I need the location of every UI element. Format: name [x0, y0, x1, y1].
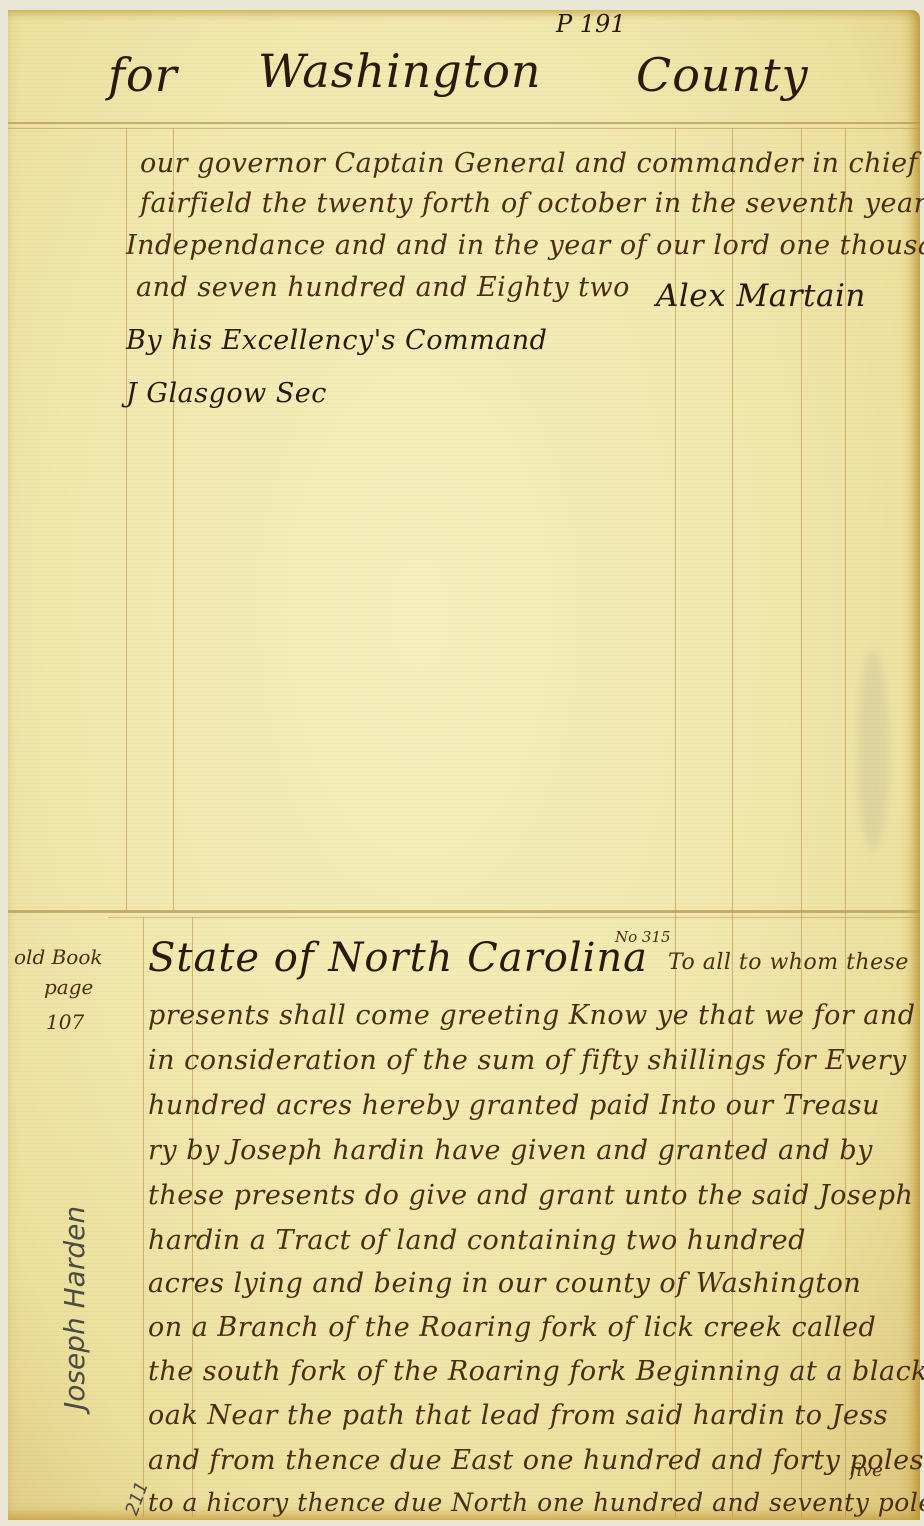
- grant-line: and from thence due East one hundred and…: [148, 1445, 924, 1476]
- secretary-signature: J Glasgow Sec: [126, 378, 327, 409]
- bleed-through-mark: [858, 650, 888, 850]
- upper-entry-line: Independance and and in the year of our …: [126, 230, 924, 261]
- governor-signature: Alex Martain: [656, 278, 866, 314]
- grant-number: No 315: [615, 928, 671, 946]
- ledger-page: P 191 for Washington County our governor…: [8, 10, 920, 1520]
- grant-line: acres lying and being in our county of W…: [148, 1268, 861, 1299]
- grant-heading-continued: To all to whom these: [668, 950, 909, 975]
- title-county-name: Washington: [258, 44, 542, 98]
- upper-entry-line: and seven hundred and Eighty two: [136, 272, 630, 303]
- column-rule-1: [675, 128, 676, 1518]
- interlineation: five: [850, 1460, 883, 1481]
- column-rule-4: [845, 128, 846, 1518]
- header-rule: [8, 122, 920, 124]
- grant-line: these presents do give and grant unto th…: [148, 1180, 913, 1211]
- upper-entry-line: our governor Captain General and command…: [140, 148, 924, 179]
- margin-rule-lower-1: [143, 917, 144, 1517]
- section-divider-rule: [8, 910, 920, 913]
- title-suffix: County: [636, 48, 809, 102]
- grant-line: on a Branch of the Roaring fork of lick …: [148, 1312, 876, 1343]
- margin-note-book: old Book: [14, 945, 103, 969]
- column-rule-2: [732, 128, 733, 1518]
- attestation-line: By his Excellency's Command: [126, 325, 547, 356]
- grant-line: hundred acres hereby granted paid Into o…: [148, 1090, 880, 1121]
- grant-heading: State of North Carolina: [148, 935, 648, 981]
- grant-line: hardin a Tract of land containing two hu…: [148, 1225, 806, 1256]
- margin-note-page-number: 107: [46, 1010, 84, 1034]
- title-prefix: for: [108, 48, 178, 102]
- header-rule-2: [8, 128, 920, 129]
- grant-line: ry by Joseph hardin have given and grant…: [148, 1135, 873, 1166]
- pencil-name-annotation: Joseph Harden: [58, 1206, 91, 1410]
- grant-line: presents shall come greeting Know ye tha…: [148, 1000, 916, 1031]
- margin-note-page: page: [44, 975, 93, 999]
- section-divider-rule-2: [108, 917, 920, 918]
- page-number: P 191: [556, 10, 626, 38]
- grant-line: the south fork of the Roaring fork Begin…: [148, 1356, 924, 1387]
- grant-line: to a hicory thence due North one hundred…: [148, 1488, 924, 1517]
- upper-entry-line: fairfield the twenty forth of october in…: [140, 188, 924, 219]
- column-rule-3: [801, 128, 802, 1518]
- grant-line: oak Near the path that lead from said ha…: [148, 1400, 888, 1431]
- grant-line: in consideration of the sum of fifty shi…: [148, 1045, 907, 1076]
